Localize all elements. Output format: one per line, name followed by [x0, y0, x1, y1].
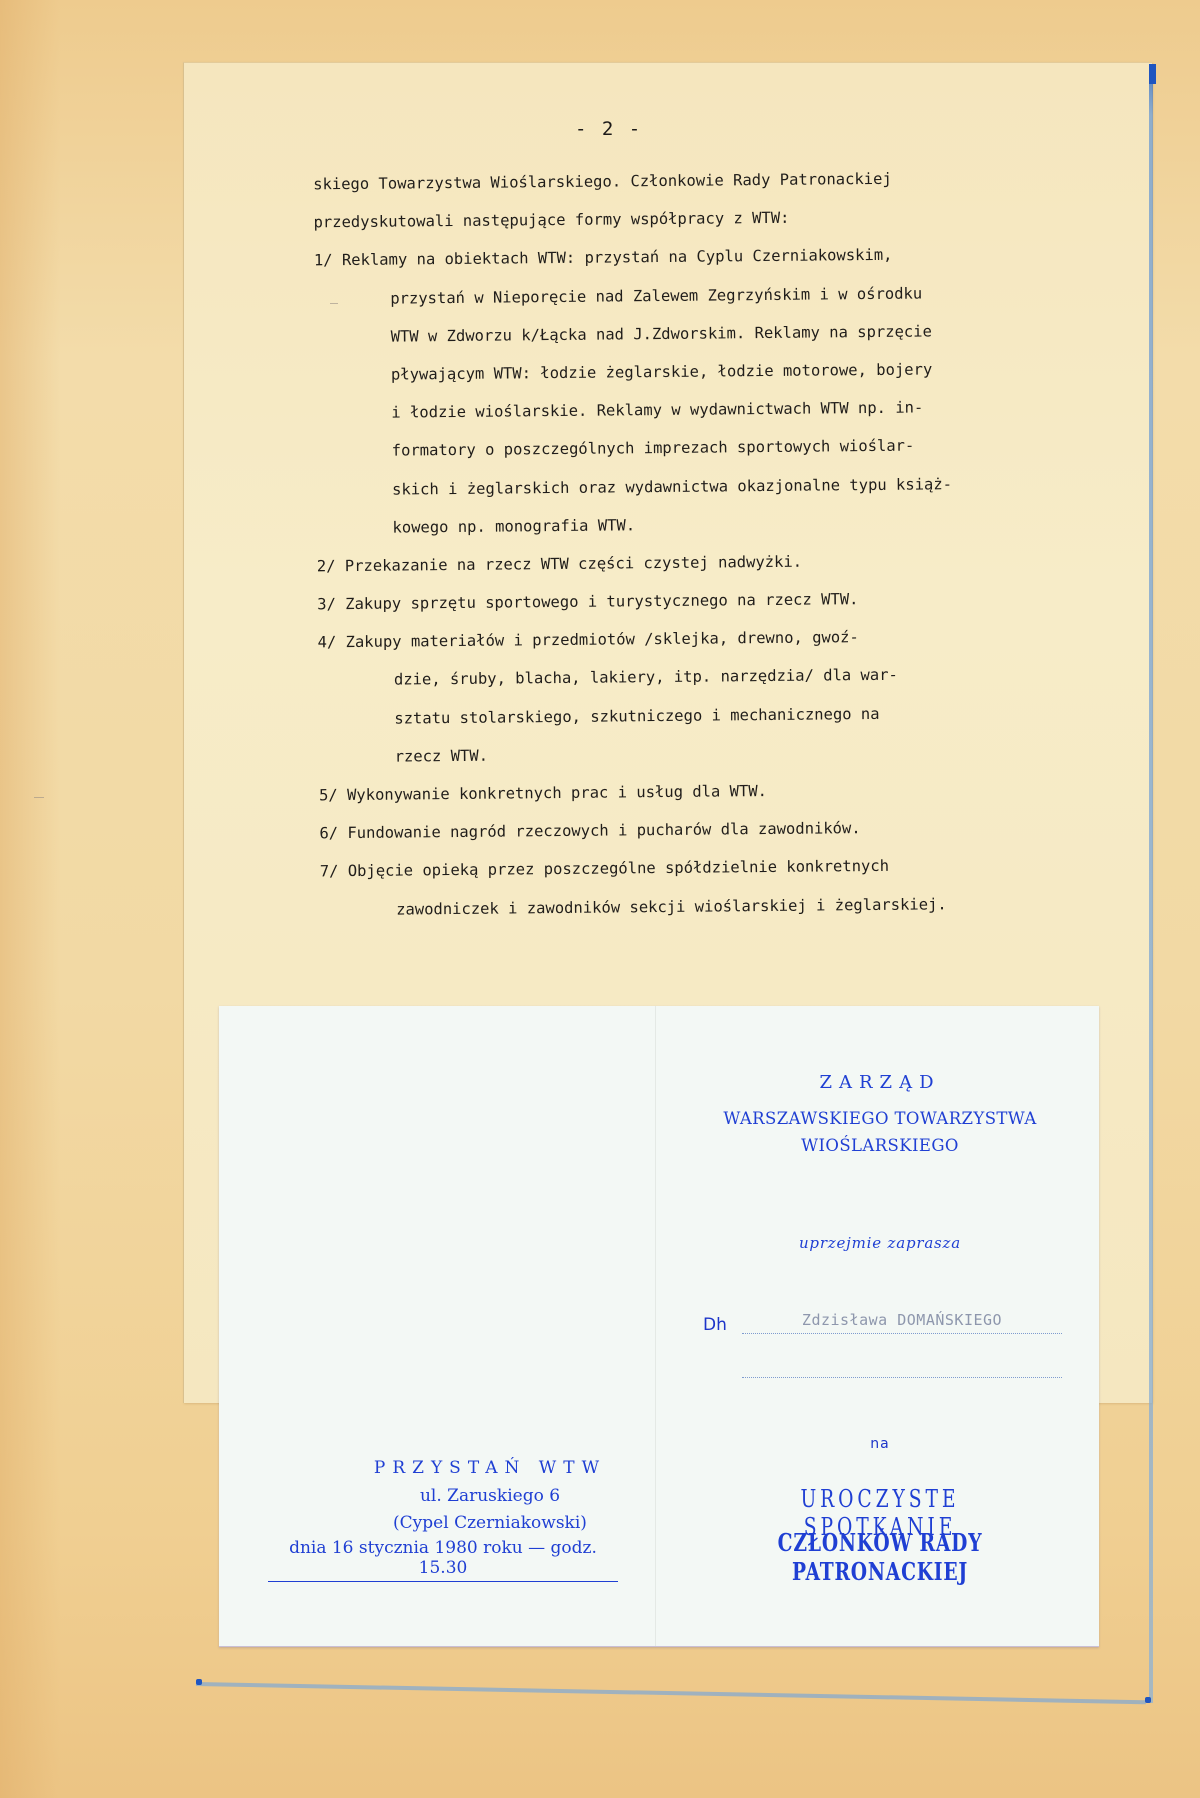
organization-name-line1: WARSZAWSKIEGO TOWARZYSTWA [680, 1105, 1080, 1132]
event-title-line2: CZŁONKÓW RADY PATRONACKIEJ [708, 1528, 1051, 1586]
recipient-prefix: Dh [703, 1315, 727, 1335]
recipient-dotted-line [742, 1333, 1062, 1334]
marker-dot [196, 1679, 202, 1685]
recipient-dotted-line-2 [742, 1377, 1062, 1378]
invitation-header: ZARZĄD [700, 1072, 1060, 1093]
organization-name-line2: WIOŚLARSKIEGO [680, 1132, 1080, 1159]
card-fold-line [655, 1006, 656, 1646]
marker-line-vertical [1149, 66, 1153, 1703]
pencil-mark [330, 303, 338, 304]
recipient-name: Zdzisława DOMAŃSKIEGO [742, 1311, 1062, 1329]
organization-name: WARSZAWSKIEGO TOWARZYSTWA WIOŚLARSKIEGO [680, 1105, 1080, 1159]
pencil-mark [34, 797, 44, 798]
venue-name: PRZYSTAŃ WTW [300, 1458, 680, 1478]
marker-dot [1145, 1697, 1151, 1703]
typed-line: zawodniczek i zawodników sekcji wioślars… [357, 883, 1097, 928]
na-connector: na [820, 1436, 940, 1452]
typed-body-text: skiego Towarzystwa Wioślarskiego. Członk… [350, 158, 1097, 929]
marker-tick [1149, 64, 1156, 84]
album-page-background [0, 0, 60, 1798]
invite-phrase: uprzejmie zaprasza [700, 1234, 1060, 1252]
venue-date: dnia 16 stycznia 1980 roku — godz. 15.30 [268, 1538, 618, 1582]
marker-line-horizontal [196, 1682, 1146, 1704]
venue-street: ul. Zaruskiego 6 [300, 1486, 680, 1506]
venue-area: (Cypel Czerniakowski) [300, 1513, 680, 1533]
page-number: - 2 - [575, 118, 642, 140]
